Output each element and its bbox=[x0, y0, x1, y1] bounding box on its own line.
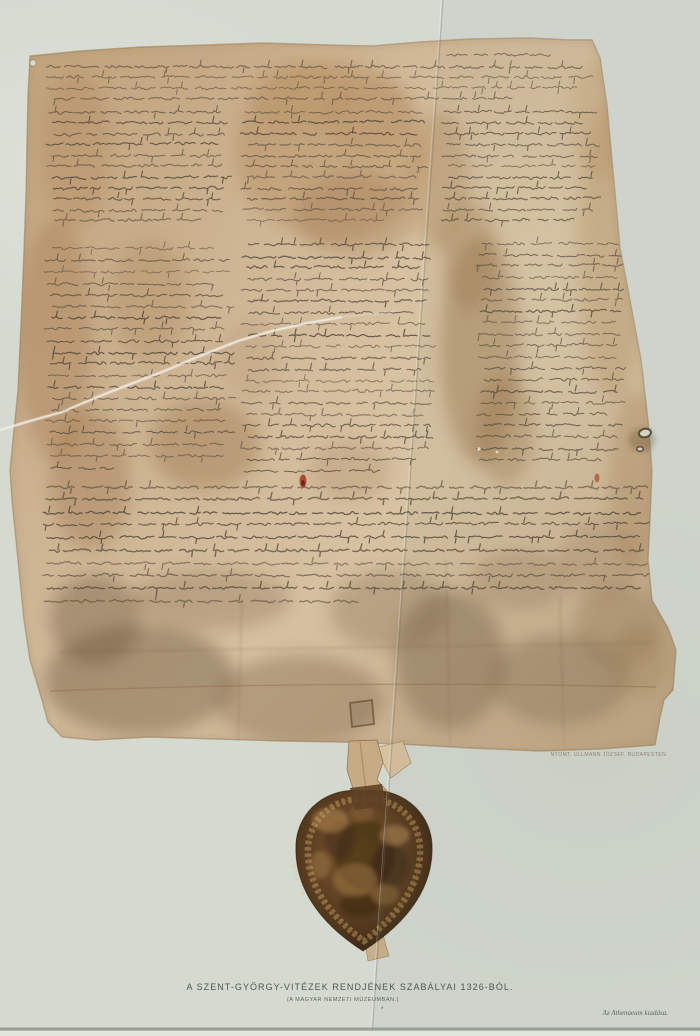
seal-tag-slit bbox=[350, 700, 374, 727]
charter-photograph: ·S·GEOR bbox=[0, 0, 700, 1036]
page-bottom-edge bbox=[0, 1028, 700, 1036]
printer-credit: NYOMT. ULLMANN JÓZSEF, BUDAPESTEN. bbox=[0, 752, 668, 758]
book-plate: ·S·GEOR A SZENT-GYÖRGY-VITÉZEK RENDJÉNEK… bbox=[0, 0, 700, 1036]
seal-top-knob bbox=[350, 784, 386, 810]
publisher-credit: Az Athenaeum kiadása. bbox=[0, 1009, 668, 1017]
plate-caption-subtitle: (A MAGYAR NEMZETI MÚZEUMBAN.) bbox=[0, 997, 686, 1003]
plate-caption-title: A SZENT-GYÖRGY-VITÉZEK RENDJÉNEK SZABÁLY… bbox=[0, 982, 700, 992]
